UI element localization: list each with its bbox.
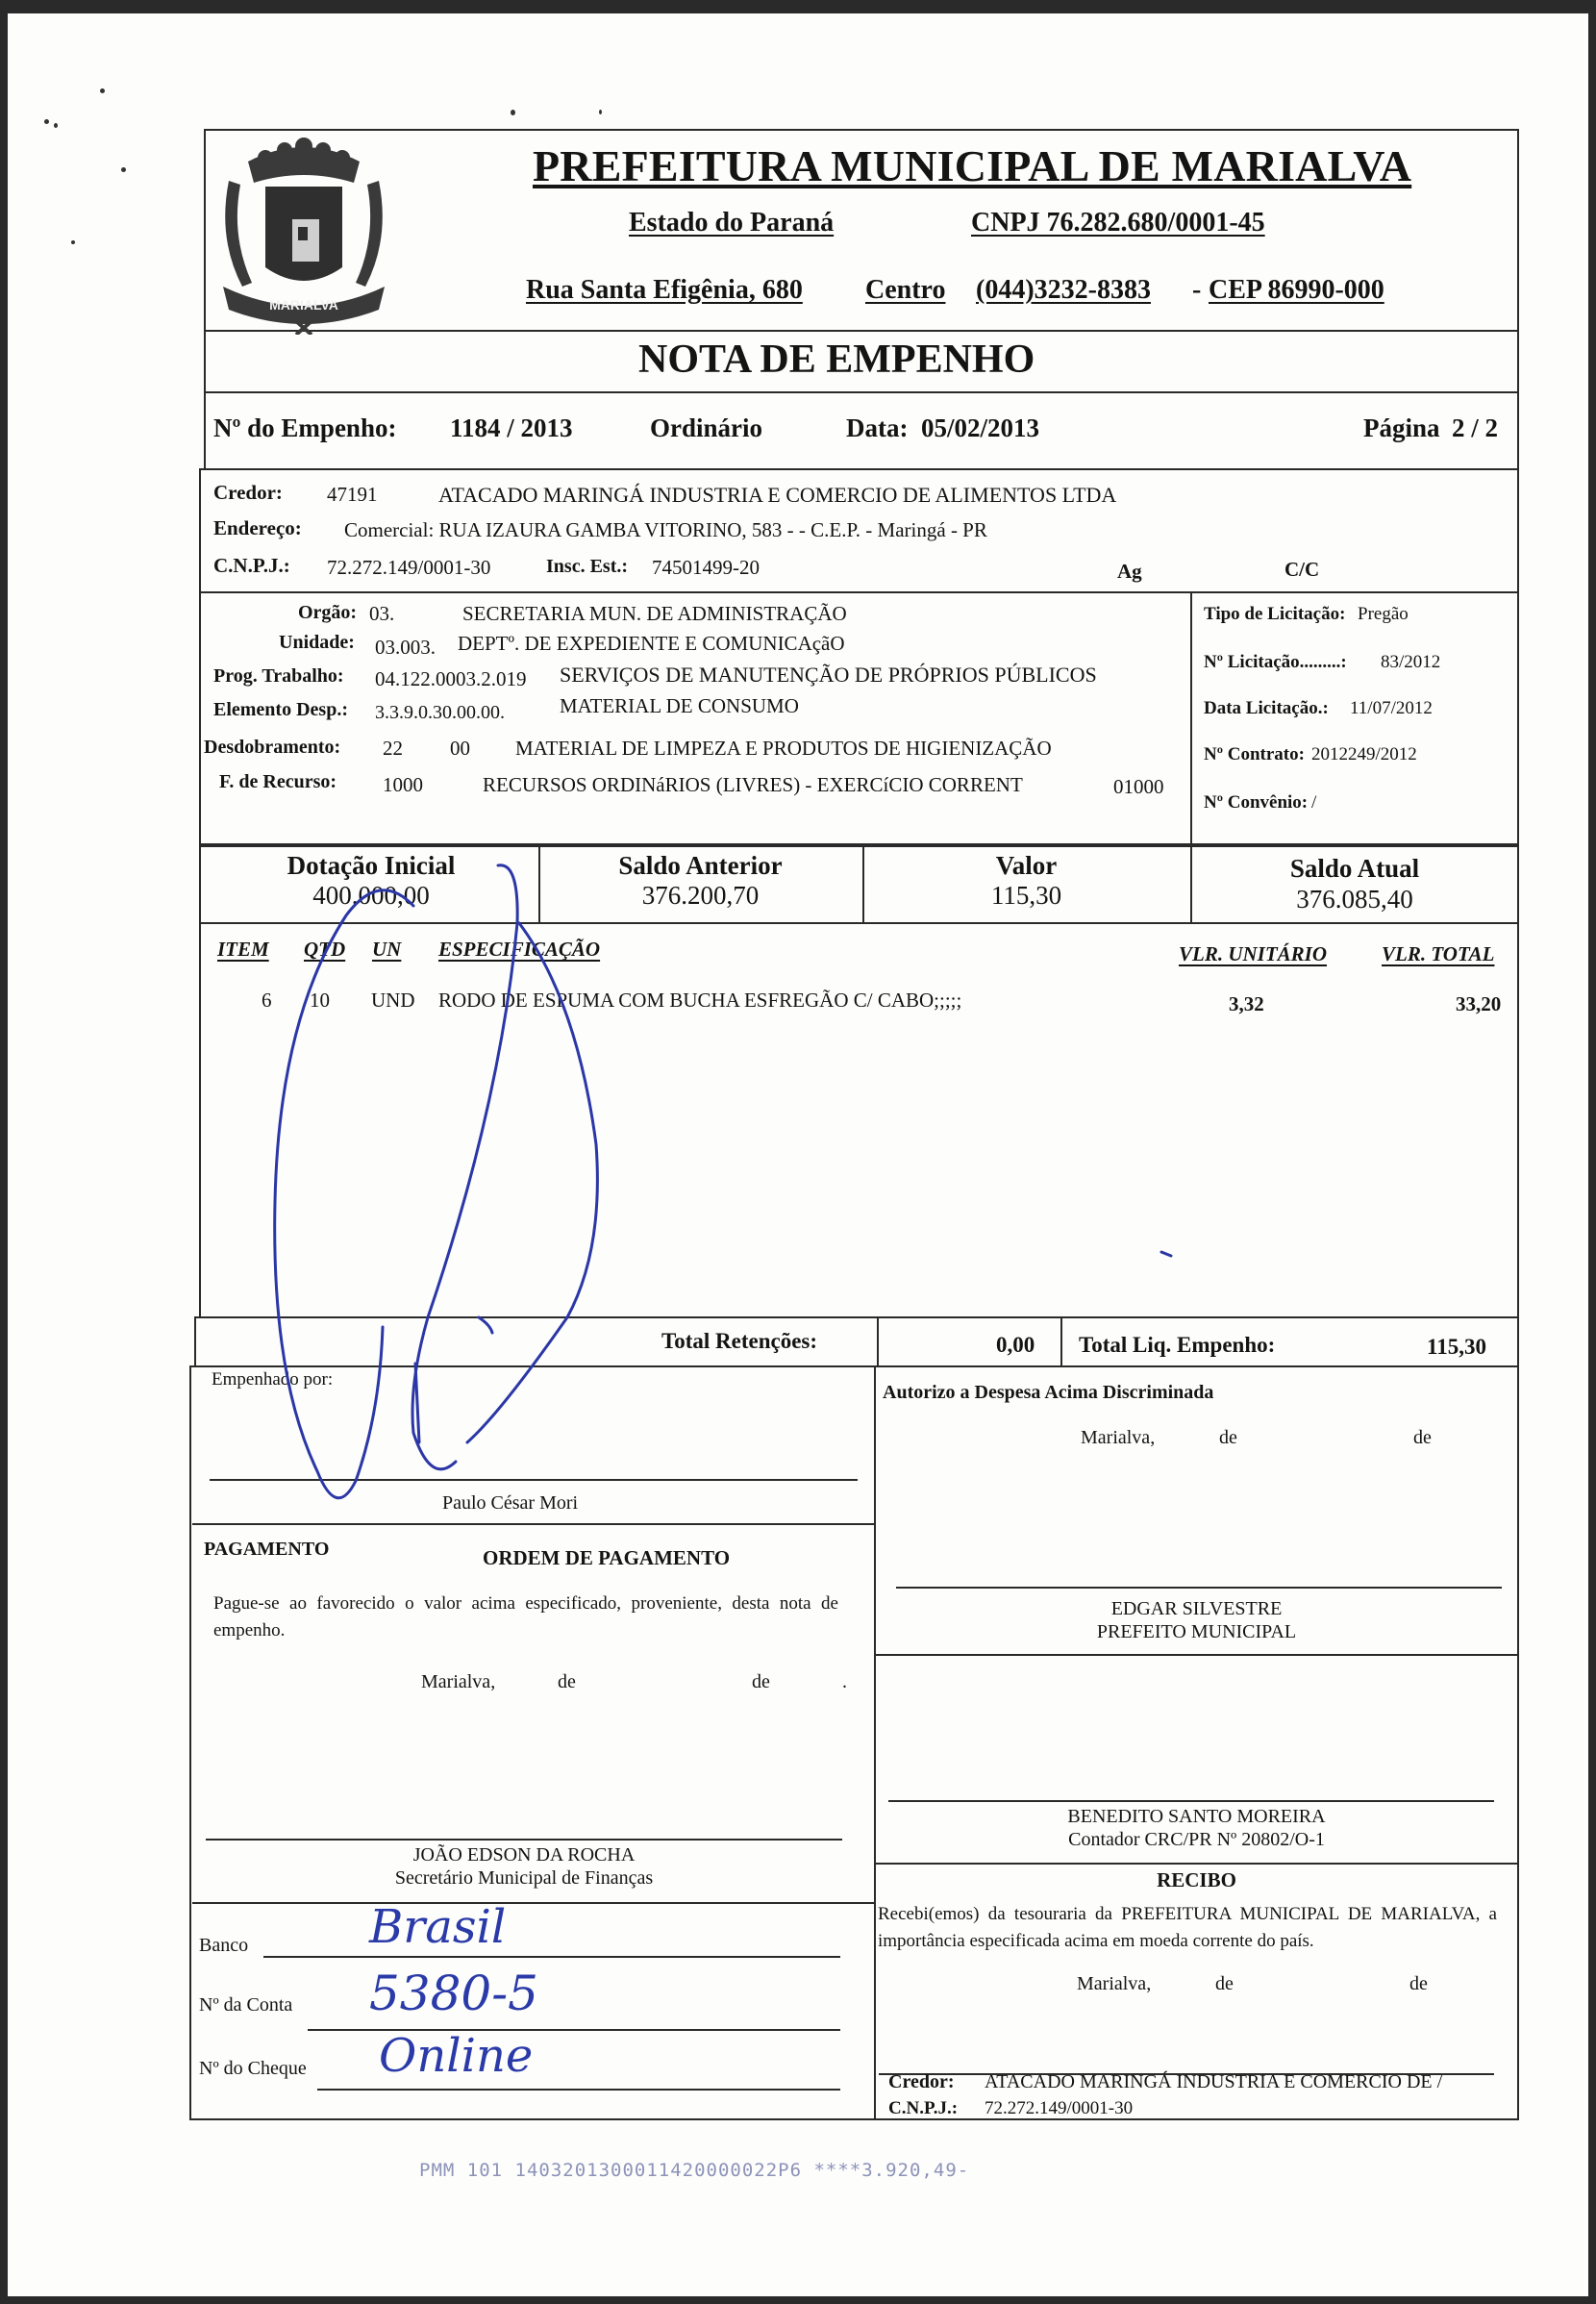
municipality-cnpj: CNPJ 76.282.680/0001-45 (971, 208, 1265, 238)
dotacao-value: 400.000,00 (204, 881, 538, 911)
data-licitacao-value: 11/07/2012 (1350, 698, 1433, 719)
recibo-cnpj: 72.272.149/0001-30 (985, 2098, 1133, 2119)
convenio-value: / (1311, 792, 1316, 814)
recibo-cnpj-label: C.N.P.J.: (888, 2098, 958, 2119)
row-total: 33,20 (1456, 992, 1501, 1016)
row-spec: RODO DE ESPUMA COM BUCHA ESFREGÃO C/ CAB… (438, 989, 961, 1013)
empenho-date: 05/02/2013 (921, 413, 1039, 443)
ag-label: Ag (1117, 560, 1142, 584)
recurso-code: 1000 (383, 773, 423, 797)
divider (204, 391, 1519, 393)
prefeito-name: EDGAR SILVESTRE (874, 1598, 1519, 1620)
secretario-name: JOÃO EDSON DA ROCHA (206, 1844, 842, 1866)
credor-cnpj: 72.272.149/0001-30 (327, 556, 490, 580)
empenho-type: Ordinário (650, 413, 762, 443)
divider (1060, 1316, 1062, 1367)
insc-value: 74501499-20 (652, 556, 760, 580)
prog-code: 04.122.0003.2.019 (375, 667, 527, 691)
signature-line (210, 1479, 858, 1481)
cheque-label: Nº do Cheque (199, 2058, 307, 2080)
valor-value: 115,30 (862, 881, 1190, 911)
ordem-pagamento-label: ORDEM DE PAGAMENTO (483, 1546, 730, 1570)
empenho-number: 1184 / 2013 (450, 413, 573, 443)
cheque-handwritten: Online (379, 2029, 533, 2083)
prog-label: Prog. Trabalho: (213, 665, 344, 688)
insc-label: Insc. Est.: (546, 556, 628, 578)
dotacao-label: Dotação Inicial (204, 851, 538, 881)
col-unit-price: VLR. UNITÁRIO (1179, 942, 1327, 966)
empenho-number-label: Nº do Empenho: (213, 413, 396, 443)
items-frame (199, 922, 1519, 1318)
credor-address: Comercial: RUA IZAURA GAMBA VITORINO, 58… (344, 518, 987, 542)
recibo-title: RECIBO (874, 1868, 1519, 1892)
page-number: 2 / 2 (1452, 413, 1498, 443)
num-licitacao-value: 83/2012 (1381, 652, 1440, 673)
page-label: Página (1363, 413, 1440, 443)
signature-line (896, 1587, 1502, 1589)
row-un: UND (371, 989, 415, 1013)
contrato-label: Nº Contrato: (1204, 744, 1305, 765)
scan-speck (54, 123, 58, 128)
col-item: ITEM (217, 938, 269, 962)
municipality-address: Rua Santa Efigênia, 680 (526, 275, 803, 306)
state-label: Estado do Paraná (629, 208, 834, 238)
divider (874, 1654, 1519, 1656)
address-label: Endereço: (213, 516, 302, 540)
conta-label: Nº da Conta (199, 1994, 292, 2016)
row-unit-price: 3,32 (1229, 992, 1264, 1016)
liquido-label: Total Liq. Empenho: (1079, 1333, 1275, 1358)
cc-label: C/C (1284, 558, 1319, 582)
saldo-atual-value: 376.085,40 (1190, 885, 1519, 914)
conta-handwritten: 5380-5 (369, 1966, 538, 2021)
empenhado-label: Empenhado por: (212, 1369, 333, 1390)
autorizo-de-2: de (1413, 1427, 1432, 1449)
document-title: NOTA DE EMPENHO (638, 337, 1035, 383)
contador-name: BENEDITO SANTO MOREIRA (874, 1806, 1519, 1828)
recibo-text: Recebi(emos) da tesouraria da PREFEITURA… (878, 1901, 1497, 1955)
retencoes-value: 0,00 (996, 1333, 1035, 1358)
municipality-title: PREFEITURA MUNICIPAL DE MARIALVA (533, 140, 1411, 191)
footer-stamp: PMM 101 1403201300011420000022P6 ****3.9… (419, 2160, 969, 2181)
municipal-crest-icon: MARIALVA (210, 133, 398, 335)
credor-label: Credor: (213, 481, 283, 505)
desdobramento-code-2: 00 (450, 737, 470, 761)
recurso-label: F. de Recurso: (219, 771, 337, 793)
desdobramento-code-1: 22 (383, 737, 403, 761)
orgao-label: Orgão: (298, 602, 357, 624)
elemento-desc: MATERIAL DE CONSUMO (560, 694, 799, 718)
elemento-label: Elemento Desp.: (213, 699, 348, 721)
divider (874, 1365, 876, 2120)
pagamento-de-2: de (752, 1671, 770, 1693)
totals-frame (194, 1316, 1519, 1367)
empenho-date-label: Data: (846, 413, 908, 443)
secretario-role: Secretário Municipal de Finanças (206, 1867, 842, 1890)
scan-speck (71, 240, 75, 244)
prefeito-role: PREFEITO MUNICIPAL (874, 1621, 1519, 1643)
empenhado-signer: Paulo César Mori (442, 1492, 578, 1515)
desdobramento-label: Desdobramento: (204, 737, 340, 759)
credor-cnpj-label: C.N.P.J.: (213, 554, 290, 578)
scan-speck (44, 119, 49, 124)
desdobramento-desc: MATERIAL DE LIMPEZA E PRODUTOS DE HIGIEN… (515, 737, 1052, 761)
signature-line (206, 1839, 842, 1841)
pagamento-text: Pague-se ao favorecido o valor acima esp… (213, 1590, 838, 1644)
divider (204, 330, 1519, 332)
autorizo-label: Autorizo a Despesa Acima Discriminada (883, 1382, 1213, 1404)
banco-label: Banco (199, 1935, 248, 1957)
divider (877, 1316, 879, 1367)
recibo-credor: ATACADO MARINGÁ INDUSTRIA E COMERCIO DE … (985, 2071, 1442, 2093)
unidade-desc: DEPTº. DE EXPEDIENTE E COMUNICAçãO (458, 632, 845, 656)
col-qtd: QTD (304, 938, 345, 962)
orgao-code: 03. (369, 602, 394, 626)
retencoes-label: Total Retenções: (661, 1329, 817, 1354)
autorizo-de-1: de (1219, 1427, 1237, 1449)
divider (1190, 591, 1192, 847)
autorizo-city: Marialva, (1081, 1427, 1155, 1449)
recurso-desc: RECURSOS ORDINáRIOS (LIVRES) - EXERCíCIO… (483, 773, 1023, 797)
row-item: 6 (262, 989, 272, 1013)
recibo-credor-label: Credor: (888, 2071, 955, 2093)
col-spec: ESPECIFICAÇÃO (438, 938, 600, 962)
contrato-value: 2012249/2012 (1311, 744, 1417, 765)
banco-handwritten: Brasil (369, 1900, 506, 1954)
elemento-code: 3.3.9.0.30.00.00. (375, 702, 505, 724)
cheque-field-line (317, 2089, 840, 2091)
municipality-phone: (044)3232-8383 (976, 275, 1151, 306)
recibo-city: Marialva, (1077, 1973, 1151, 1995)
banco-field-line (263, 1956, 840, 1958)
municipality-cep: CEP 86990-000 (1209, 275, 1384, 306)
recurso-ref: 01000 (1113, 775, 1164, 799)
orgao-desc: SECRETARIA MUN. DE ADMINISTRAÇÃO (462, 602, 847, 626)
municipality-district: Centro (865, 275, 945, 306)
scan-speck (100, 88, 105, 93)
divider (192, 1902, 874, 1904)
credor-code: 47191 (327, 483, 378, 507)
pagamento-city: Marialva, (421, 1671, 495, 1693)
tipo-licitacao-value: Pregão (1358, 604, 1409, 625)
convenio-label: Nº Convênio: (1204, 792, 1308, 814)
scan-speck (511, 110, 515, 115)
pagamento-label: PAGAMENTO (204, 1539, 329, 1561)
num-licitacao-label: Nº Licitação.........: (1204, 652, 1347, 673)
divider (874, 1863, 1519, 1865)
saldo-atual-label: Saldo Atual (1190, 854, 1519, 884)
col-un: UN (372, 938, 401, 962)
unidade-label: Unidade: (279, 632, 355, 654)
pagamento-de-1: de (558, 1671, 576, 1693)
unidade-code: 03.003. (375, 636, 436, 660)
pagamento-dot: . (842, 1671, 847, 1693)
scan-speck (121, 167, 126, 172)
divider (192, 1523, 874, 1525)
saldo-anterior-label: Saldo Anterior (538, 851, 862, 881)
valor-label: Valor (862, 851, 1190, 881)
recibo-de-2: de (1409, 1973, 1428, 1995)
signature-line (888, 1800, 1494, 1802)
tipo-licitacao-label: Tipo de Licitação: (1204, 604, 1345, 625)
row-qtd: 10 (310, 989, 330, 1013)
separator: - (1192, 275, 1201, 306)
prog-desc: SERVIÇOS DE MANUTENÇÃO DE PRÓPRIOS PÚBLI… (560, 663, 1097, 688)
contador-role: Contador CRC/PR Nº 20802/O-1 (874, 1829, 1519, 1851)
scan-speck (599, 110, 602, 114)
data-licitacao-label: Data Licitação.: (1204, 698, 1329, 719)
col-total: VLR. TOTAL (1382, 942, 1494, 966)
liquido-value: 115,30 (1427, 1335, 1486, 1360)
saldo-anterior-value: 376.200,70 (538, 881, 862, 911)
recibo-de-1: de (1215, 1973, 1234, 1995)
svg-text:MARIALVA: MARIALVA (269, 297, 338, 313)
credor-name: ATACADO MARINGÁ INDUSTRIA E COMERCIO DE … (438, 483, 1116, 508)
